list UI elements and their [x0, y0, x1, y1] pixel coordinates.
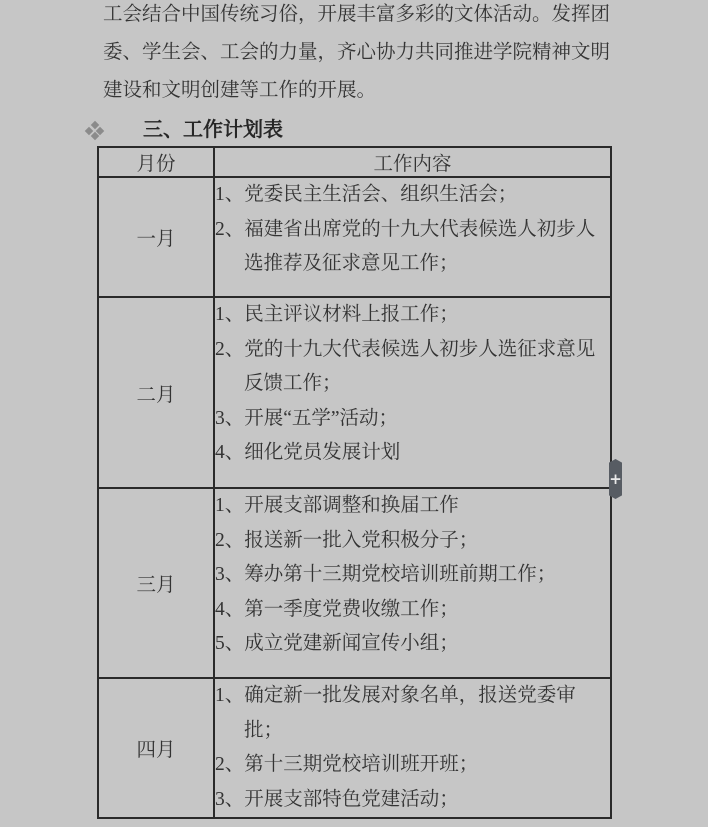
work-item: 4、细化党员发展计划: [215, 436, 610, 471]
work-item: 2、报送新一批入党积极分子；: [215, 524, 610, 559]
table-row-april: 四月 1、确定新一批发展对象名单，报送党委审批； 2、第十三期党校培训班开班； …: [98, 678, 611, 818]
intro-line: 工会结合中国传统习俗，开展丰富多彩的文体活动。发挥团: [103, 0, 610, 34]
month-cell: 二月: [98, 297, 214, 488]
plus-icon: +: [609, 472, 622, 487]
work-item: 2、第十三期党校培训班开班；: [215, 748, 610, 783]
work-item: 1、确定新一批发展对象名单，报送党委审批；: [215, 679, 610, 748]
intro-paragraph: 工会结合中国传统习俗，开展丰富多彩的文体活动。发挥团 委、学生会、工会的力量，齐…: [103, 0, 610, 110]
work-item: 3、开展“五学”活动；: [215, 402, 610, 437]
table-row-march: 三月 1、开展支部调整和换届工作 2、报送新一批入党积极分子； 3、筹办第十三期…: [98, 488, 611, 678]
month-cell: 三月: [98, 488, 214, 678]
intro-line: 委、学生会、工会的力量，齐心协力共同推进学院精神文明: [103, 34, 610, 72]
column-header-content: 工作内容: [214, 147, 611, 177]
content-cell: 1、党委民主生活会、组织生活会； 2、福建省出席党的十九大代表候选人初步人选推荐…: [214, 177, 611, 297]
work-item: 1、党委民主生活会、组织生活会；: [215, 178, 610, 213]
work-item: 2、党的十九大代表候选人初步人选征求意见反馈工作；: [215, 333, 610, 402]
work-item: 5、成立党建新闻宣传小组；: [215, 627, 610, 662]
work-plan-table: 月份 工作内容 一月 1、党委民主生活会、组织生活会； 2、福建省出席党的十九大…: [97, 146, 612, 819]
table-row-february: 二月 1、民主评议材料上报工作； 2、党的十九大代表候选人初步人选征求意见反馈工…: [98, 297, 611, 488]
work-item: 4、第一季度党费收缴工作；: [215, 593, 610, 628]
section-heading: 三、工作计划表: [143, 117, 283, 143]
work-item: 2、福建省出席党的十九大代表候选人初步人选推荐及征求意见工作；: [215, 213, 610, 282]
month-cell: 四月: [98, 678, 214, 818]
column-header-month: 月份: [98, 147, 214, 177]
table-header-row: 月份 工作内容: [98, 147, 611, 177]
scroll-plus-handle[interactable]: +: [609, 459, 622, 499]
intro-line: 建设和文明创建等工作的开展。: [103, 72, 610, 110]
month-cell: 一月: [98, 177, 214, 297]
table-row-january: 一月 1、党委民主生活会、组织生活会； 2、福建省出席党的十九大代表候选人初步人…: [98, 177, 611, 297]
table-move-handle-icon[interactable]: [86, 122, 103, 139]
content-cell: 1、开展支部调整和换届工作 2、报送新一批入党积极分子； 3、筹办第十三期党校培…: [214, 488, 611, 678]
work-item: 1、开展支部调整和换届工作: [215, 489, 610, 524]
work-item: 1、民主评议材料上报工作；: [215, 298, 610, 333]
document-page: 工会结合中国传统习俗，开展丰富多彩的文体活动。发挥团 委、学生会、工会的力量，齐…: [0, 0, 708, 827]
work-item: 3、筹办第十三期党校培训班前期工作；: [215, 558, 610, 593]
content-cell: 1、民主评议材料上报工作； 2、党的十九大代表候选人初步人选征求意见反馈工作； …: [214, 297, 611, 488]
content-cell: 1、确定新一批发展对象名单，报送党委审批； 2、第十三期党校培训班开班； 3、开…: [214, 678, 611, 818]
work-item: 3、开展支部特色党建活动；: [215, 783, 610, 818]
